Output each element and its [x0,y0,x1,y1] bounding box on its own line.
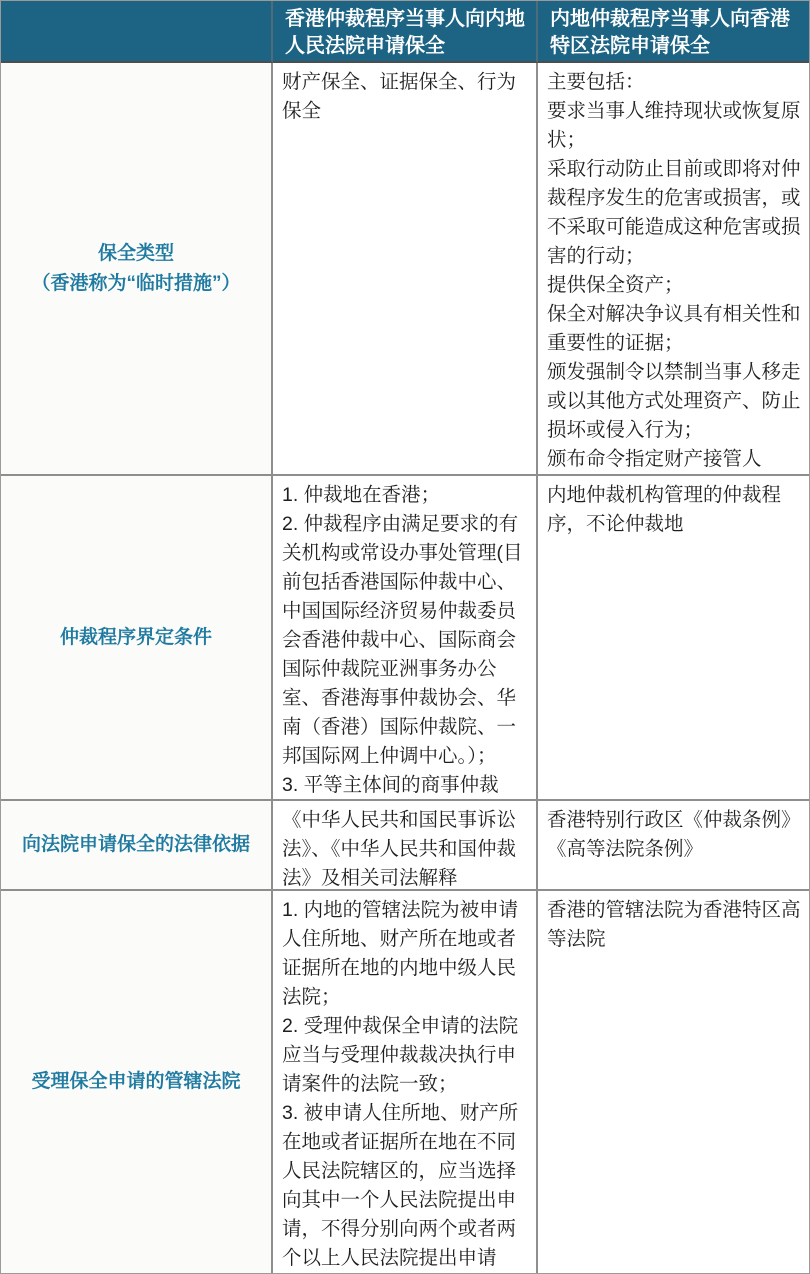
cell-procedure-criteria-mainland: 内地仲裁机构管理的仲裁程序，不论仲裁地 [538,476,810,801]
row-label-legal-basis: 向法院申请保全的法律依据 [1,801,273,891]
row-label-preservation-types: 保全类型 （香港称为“临时措施”） [1,63,273,476]
cell-competent-court-hk: 1. 内地的管辖法院为被申请人住所地、财产所在地或者证据所在地的内地中级人民法院… [273,891,538,1273]
column-header-mainland-procedure: 内地仲裁程序当事人向香港 特区法院申请保全 [538,1,810,63]
cell-preservation-types-mainland: 主要包括： 要求当事人维持现状或恢复原状； 采取行动防止目前或即将对仲裁程序发生… [538,63,810,476]
cell-legal-basis-mainland: 香港特别行政区《仲裁条例》 《高等法院条例》 [538,801,810,891]
cell-legal-basis-hk: 《中华人民共和国民事诉讼法》、《中华人民共和国仲裁法》及相关司法解释 [273,801,538,891]
cell-procedure-criteria-hk: 1. 仲裁地在香港； 2. 仲裁程序由满足要求的有关机构或常设办事处管理(目前包… [273,476,538,801]
row-label-procedure-criteria: 仲裁程序界定条件 [1,476,273,801]
row-label-competent-court: 受理保全申请的管辖法院 [1,891,273,1273]
hk-mainland-arbitration-preservation-table: 香港仲裁程序当事人向内地 人民法院申请保全 内地仲裁程序当事人向香港 特区法院申… [0,0,810,1274]
cell-preservation-types-hk: 财产保全、证据保全、行为保全 [273,63,538,476]
column-header-hk-procedure: 香港仲裁程序当事人向内地 人民法院申请保全 [273,1,538,63]
table-corner-cell [1,1,273,63]
cell-competent-court-mainland: 香港的管辖法院为香港特区高等法院 [538,891,810,1273]
